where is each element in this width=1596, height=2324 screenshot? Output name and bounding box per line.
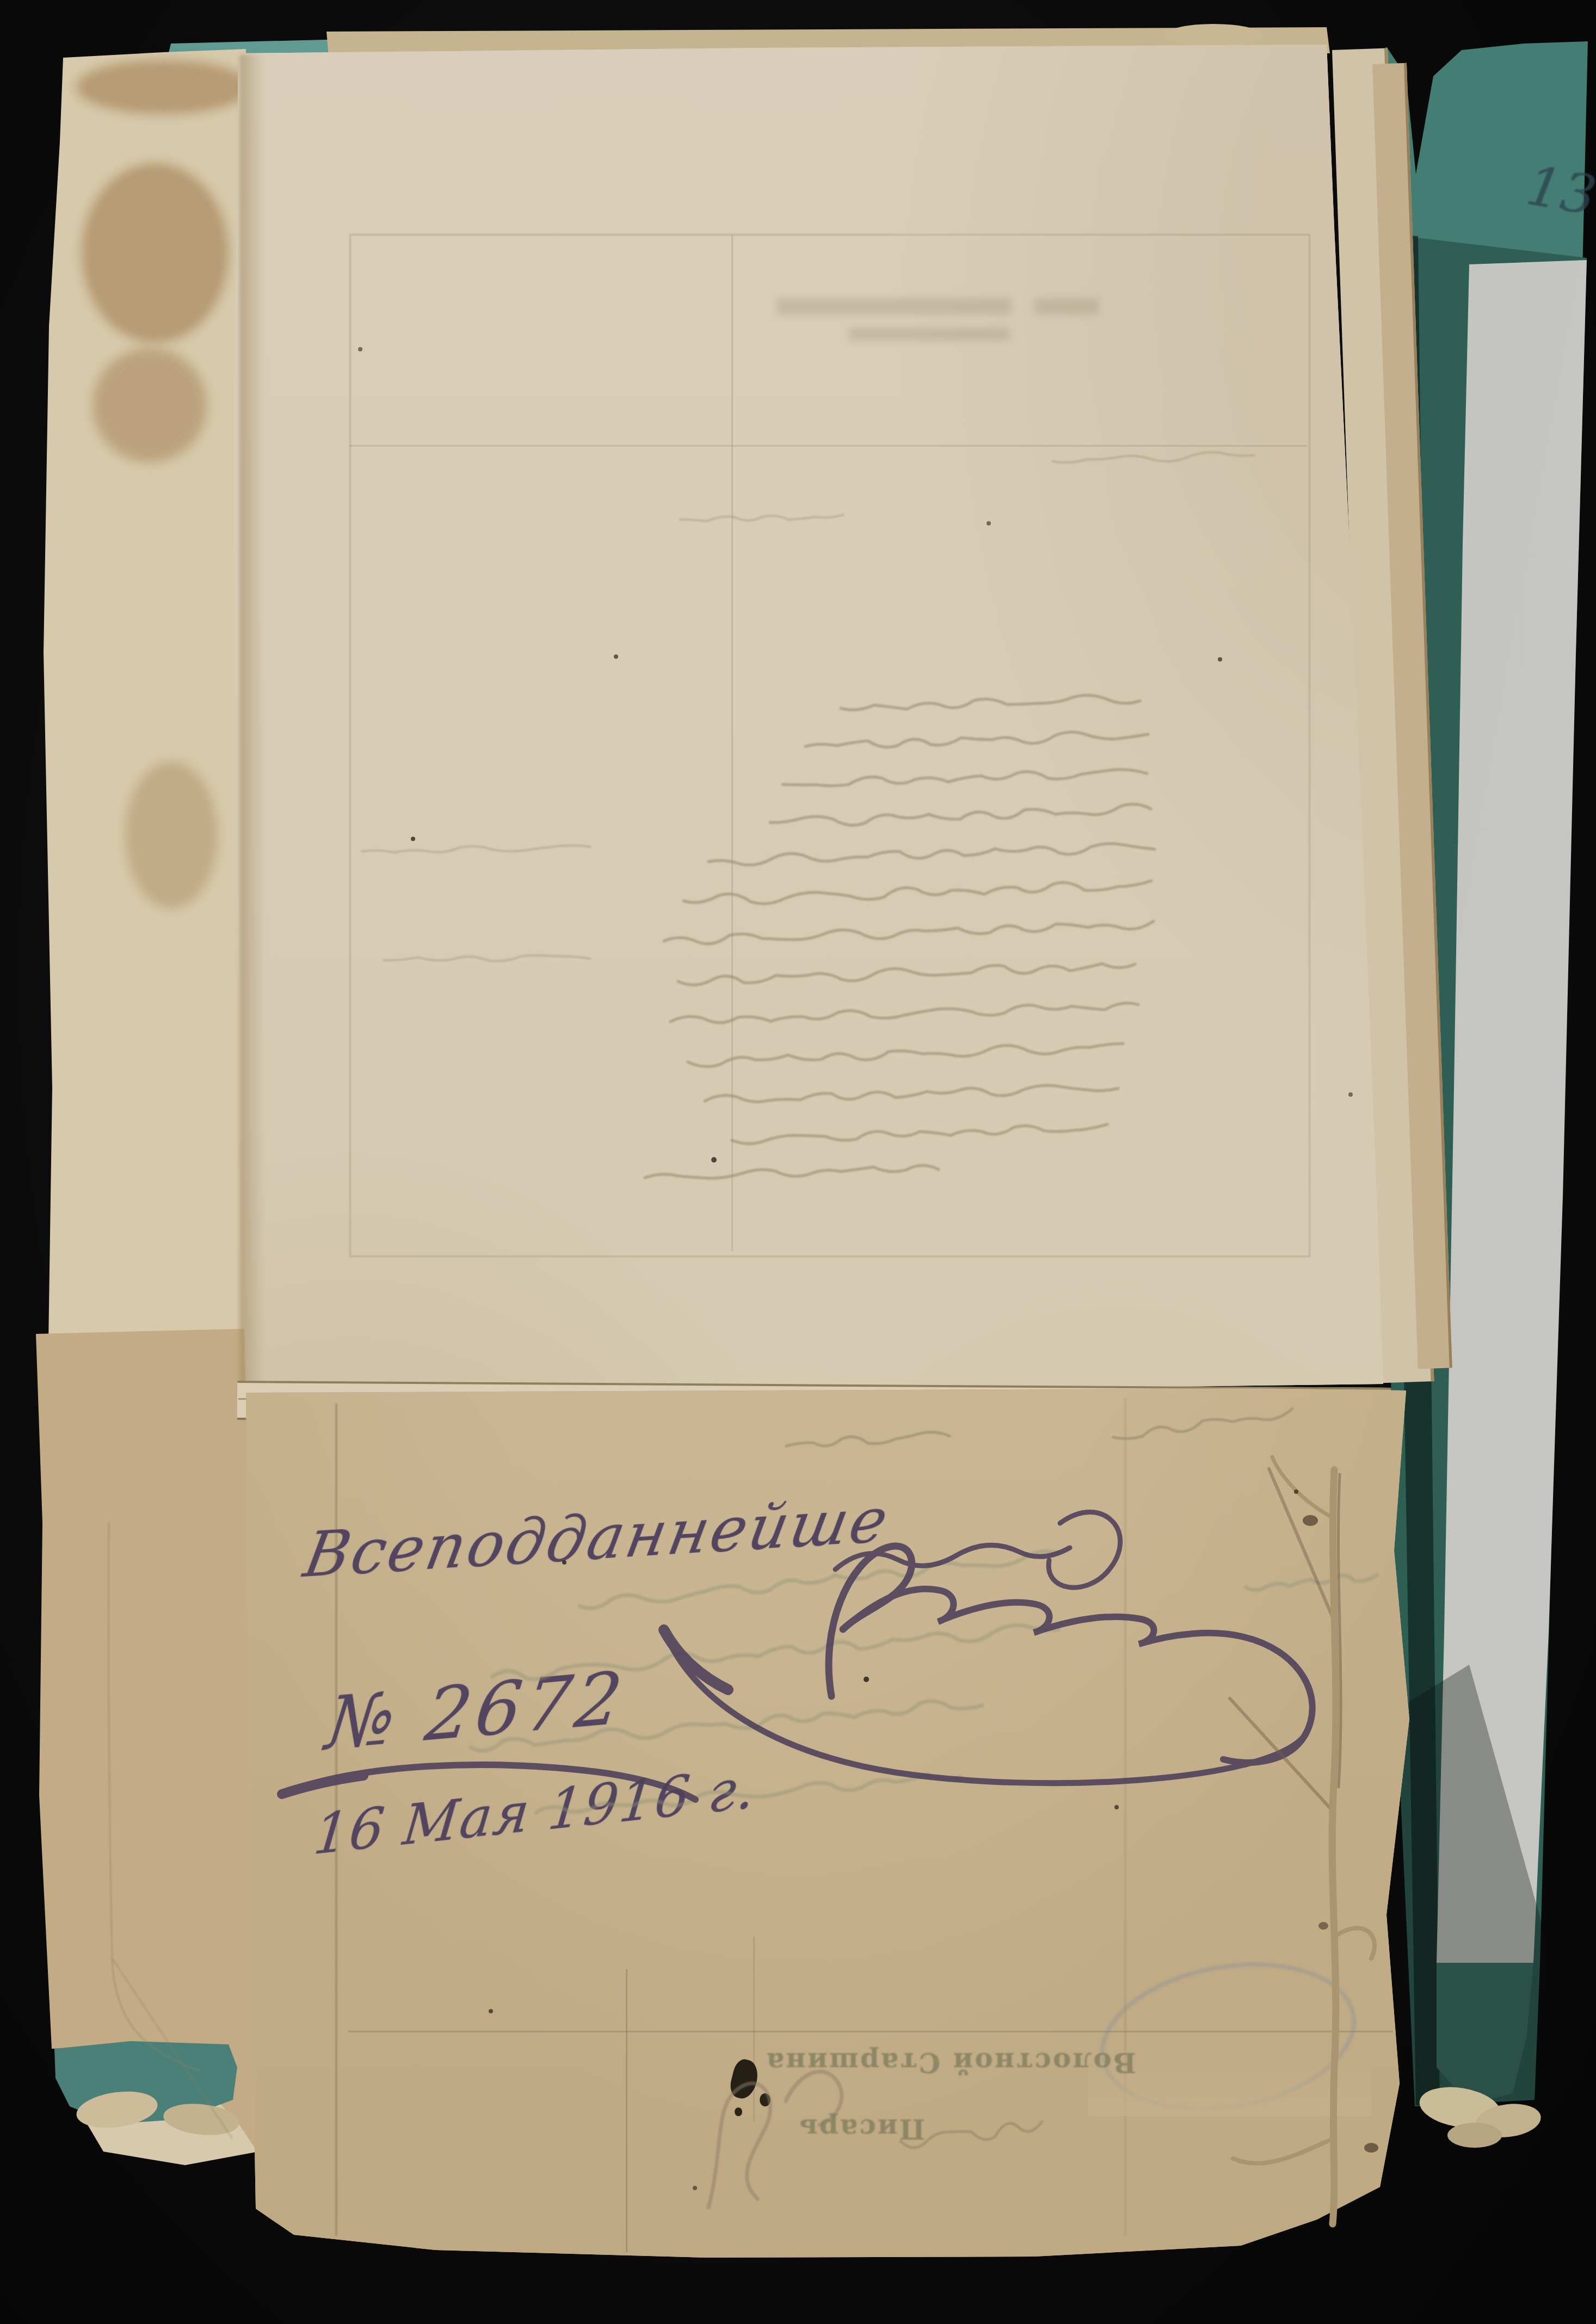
dust-specks: [0, 0, 2, 2]
upper-page-bleed-column-line: [731, 235, 733, 1251]
torn-paper-lump: [1164, 24, 1262, 47]
upper-page-crease-stain: [239, 54, 264, 1398]
lower-page-pencil-vline: [626, 1969, 627, 2252]
ink-blot: [760, 2093, 771, 2106]
folder-corner-mark: 13: [1522, 153, 1596, 228]
scanned-document-stage: Волостной Старшина Писарь Всеподданнейше…: [0, 0, 1596, 2324]
upper-page-bleed-header-bar: [849, 327, 1010, 341]
torn-paper-lump: [1447, 2123, 1502, 2148]
ink-blot: [735, 2107, 742, 2116]
lower-page-pencil-vline: [753, 1937, 755, 2122]
paper-stain: [125, 762, 218, 908]
upper-page-bleed-header-bar: [777, 298, 1011, 314]
paper-stain: [76, 60, 250, 114]
upper-page-bleed-frame: [349, 234, 1310, 1257]
paper-stain: [82, 163, 229, 343]
paper-stain: [93, 348, 207, 462]
upper-page-bleed-header-bar: [1035, 298, 1099, 314]
upper-page-bleed-row-line: [349, 445, 1307, 447]
bleedthrough-print-line1: Волостной Старшина: [766, 2047, 1136, 2079]
bleedthrough-print-line2: Писарь: [800, 2113, 925, 2145]
